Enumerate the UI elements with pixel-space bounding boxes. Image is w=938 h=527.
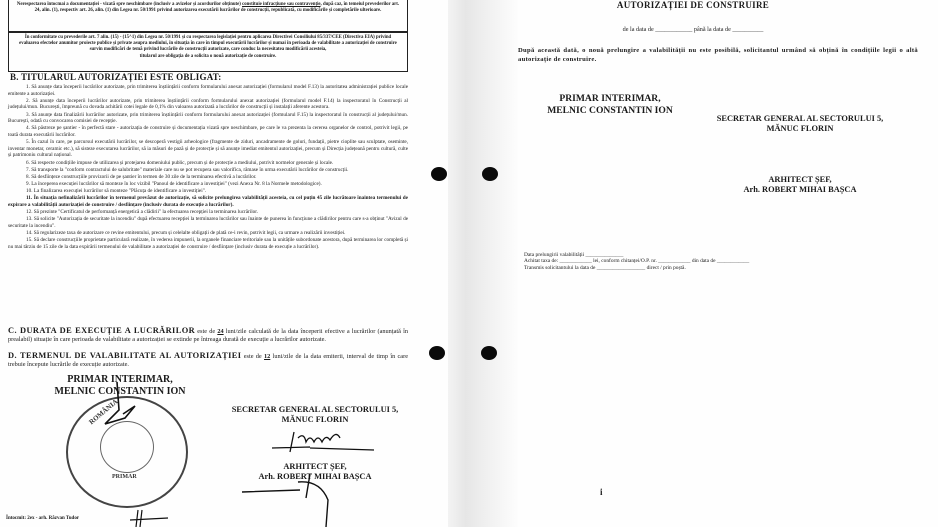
- section-d-pre: este de: [241, 353, 264, 360]
- section-b-title: B. TITULARUL AUTORIZAȚIEI ESTE OBLIGAT:: [10, 72, 221, 82]
- obligation-item: 12. Să prezinte "Certificatul de perform…: [8, 209, 408, 216]
- punch-hole-icon: [429, 346, 445, 360]
- obligations-list: 1. Să anunțe data începerii lucrărilor a…: [8, 84, 408, 251]
- warning-box-infractiune: Nerespectarea întocmai a documentației -…: [8, 0, 408, 32]
- obligation-item: 11. În situația nefinalizării lucrărilor…: [8, 195, 408, 208]
- stray-mark-icon: i: [600, 487, 603, 497]
- obligation-item: 1. Să anunțe data începerii lucrărilor a…: [8, 84, 408, 97]
- primar-signature-icon: [95, 380, 155, 440]
- right-primar-signature-block: PRIMAR INTERIMAR, MELNIC CONSTANTIN ION: [520, 93, 700, 117]
- secretar-name: MĂNUC FLORIN: [205, 415, 425, 425]
- validity-dates-line: de la data de ____________ până la data …: [448, 26, 938, 33]
- section-c: C. DURATA DE EXECUȚIE A LUCRĂRILOR este …: [8, 327, 408, 344]
- box1-text: Nerespectarea întocmai a documentației -…: [17, 2, 241, 7]
- arhitect-title: ARHITECT ȘEF,: [700, 175, 900, 185]
- left-secretar-signature-block: SECRETAR GENERAL AL SECTORULUI 5, MĂNUC …: [205, 405, 425, 425]
- arhitect-name: Arh. ROBERT MIHAI BAȘCA: [700, 185, 900, 195]
- obligation-item: 3. Să anunțe data finalizării lucrărilor…: [8, 112, 408, 125]
- obligation-item: 6. Să respecte condițiile impuse de util…: [8, 160, 408, 167]
- section-d-heading: D. TERMENUL DE VALABILITATE AL AUTORIZAȚ…: [8, 351, 241, 360]
- warning-box-eia: În conformitate cu prevederile art. 7 al…: [8, 32, 408, 72]
- obligation-item: 8. Să desființeze construcțiile provizor…: [8, 174, 408, 181]
- primar-title: PRIMAR INTERIMAR,: [520, 93, 700, 105]
- stamp-middle-text: PRIMAR: [112, 474, 137, 480]
- secretar-signature-icon: [270, 428, 380, 454]
- obligation-item: 7. Să transporte la "conform contractulu…: [8, 167, 408, 174]
- intocmit-note: Întocmit: 2ex - arh. Răzvan Tudor: [6, 516, 79, 521]
- secretar-name: MĂNUC FLORIN: [700, 124, 900, 134]
- section-c-heading: C. DURATA DE EXECUȚIE A LUCRĂRILOR: [8, 326, 195, 335]
- extension-record: Data prelungirii valabilității _________…: [524, 252, 749, 271]
- punch-hole-icon: [481, 346, 497, 360]
- box1-underlined: constituie infracțiune sau contravenție: [242, 2, 320, 7]
- primar-name: MELNIC CONSTANTIN ION: [520, 105, 700, 117]
- obligation-item: 15. Să declare construcțiile proprietate…: [8, 237, 408, 250]
- arhitect-signature-icon: [240, 470, 340, 527]
- extension-warning: După această dată, o nouă prelungire a v…: [518, 47, 918, 64]
- obligation-item: 2. Să anunțe data începerii lucrărilor a…: [8, 98, 408, 111]
- right-secretar-signature-block: SECRETAR GENERAL AL SECTORULUI 5, MĂNUC …: [700, 114, 900, 134]
- obligation-item: 14. Să regularizeze taxa de autorizare c…: [8, 230, 408, 237]
- secretar-title: SECRETAR GENERAL AL SECTORULUI 5,: [700, 114, 900, 124]
- fee-paid-line: Achitat taxa de: ____________ lei, confo…: [524, 258, 749, 264]
- obligation-item: 10. La finalizarea execuției lucrărilor …: [8, 188, 408, 195]
- intocmit-signature-icon: [130, 508, 170, 527]
- obligation-item: 9. La începerea execuției lucrărilor să …: [8, 181, 408, 188]
- punch-hole-icon: [482, 167, 498, 181]
- obligation-item: 5. În cazul în care, pe parcursul execut…: [8, 139, 408, 159]
- right-arhitect-signature-block: ARHITECT ȘEF, Arh. ROBERT MIHAI BAȘCA: [700, 175, 900, 195]
- section-c-pre: este de: [195, 328, 217, 335]
- book-gutter: [448, 0, 518, 527]
- transmitted-line: Transmis solicitantului la data de _____…: [524, 265, 749, 271]
- obligation-item: 4. Să păstreze pe șantier - în perfectă …: [8, 125, 408, 138]
- box2-last-line: titularul are obligația de a solicita o …: [140, 54, 277, 59]
- obligation-item: 13. Să solicite "Autorizația de securita…: [8, 216, 408, 229]
- punch-hole-icon: [431, 167, 447, 181]
- box2-text: În conformitate cu prevederile art. 7 al…: [19, 35, 397, 52]
- right-page-title: AUTORIZAȚIEI DE CONSTRUIRE: [448, 0, 938, 10]
- section-d: D. TERMENUL DE VALABILITATE AL AUTORIZAȚ…: [8, 352, 408, 369]
- secretar-title: SECRETAR GENERAL AL SECTORULUI 5,: [205, 405, 425, 415]
